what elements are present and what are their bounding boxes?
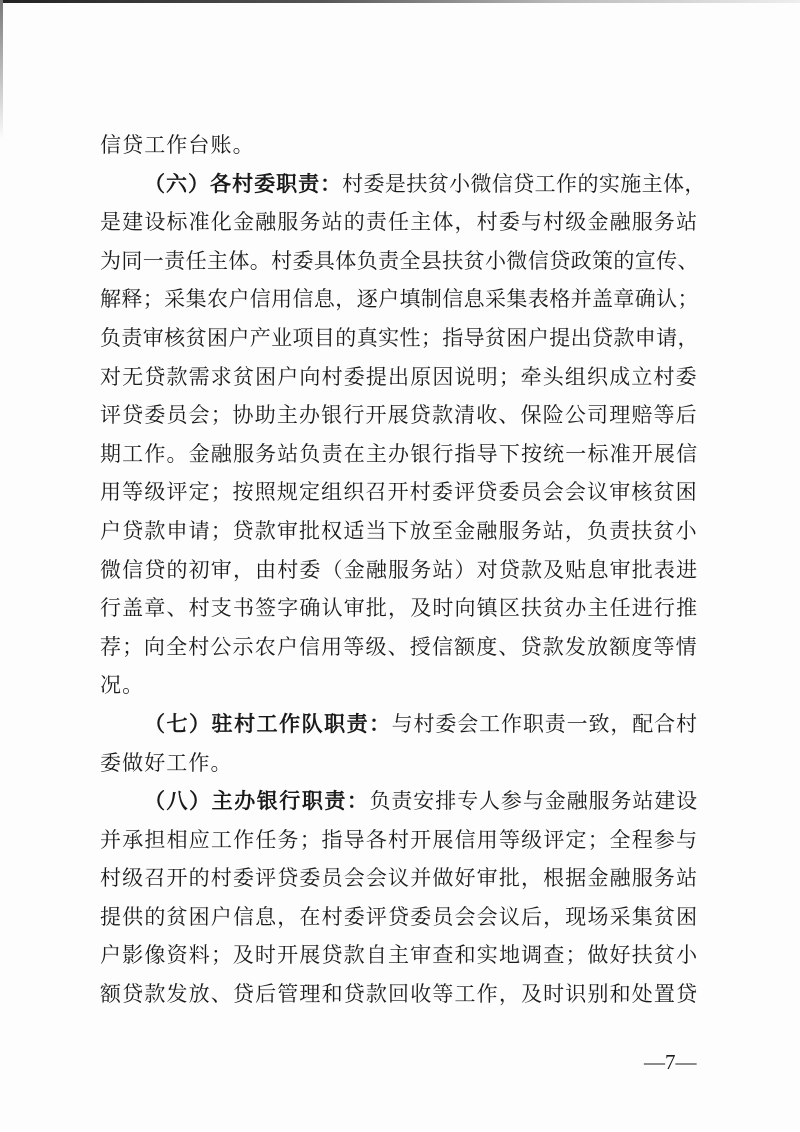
line-text: 并 承 担 相 应 工 作 任 务 ； 指 导 各 村 开 展 信 用 等 级 … — [100, 828, 697, 852]
text-line: 评 贷 委 员 会 ； 协 助 主 办 银 行 开 展 贷 款 清 收 、 保 … — [100, 396, 697, 435]
text-line: 负 责 审 核 贫 困 户 产 业 项 目 的 真 实 性 ； 指 导 贫 困 … — [100, 319, 697, 358]
section-heading: （ 八 ） 主 办 银 行 职 责 ： — [144, 789, 369, 813]
line-text: 额 贷 款 发 放 、 贷 后 管 理 和 贷 款 回 收 等 工 作 ， 及 … — [100, 982, 697, 1006]
section-heading: （ 六 ） 各 村 委 职 责 ： — [144, 172, 342, 196]
line-text: 户 贷 款 申 请 ； 贷 款 审 批 权 适 当 下 放 至 金 融 服 务 … — [100, 519, 697, 543]
text-line: 是 建 设 标 准 化 金 融 服 务 站 的 责 任 主 体 ， 村 委 与 … — [100, 203, 697, 242]
text-line: 微 信 贷 的 初 审 ， 由 村 委 （ 金 融 服 务 站 ） 对 贷 款 … — [100, 551, 697, 590]
text-line: 额 贷 款 发 放 、 贷 后 管 理 和 贷 款 回 收 等 工 作 ， 及 … — [100, 975, 697, 1014]
text-line: 为 同 一 责 任 主 体 。 村 委 具 体 负 责 全 县 扶 贫 小 微 … — [100, 242, 697, 281]
text-line: 用 等 级 评 定 ； 按 照 规 定 组 织 召 开 村 委 评 贷 委 员 … — [100, 473, 697, 512]
text-line: 村 级 召 开 的 村 委 评 贷 委 员 会 会 议 并 做 好 审 批 ， … — [100, 859, 697, 898]
section-6-heading-line: （ 六 ） 各 村 委 职 责 ： 村 委 是 扶 贫 小 微 信 贷 工 作 … — [100, 165, 697, 204]
text-line: 况。 — [100, 666, 697, 705]
page-number: —7— — [644, 1050, 697, 1075]
line-text: 村 委 是 扶 贫 小 微 信 贷 工 作 的 实 施 主 体 ， — [342, 172, 705, 196]
scan-edge-top — [0, 0, 800, 3]
line-text: 评 贷 委 员 会 ； 协 助 主 办 银 行 开 展 贷 款 清 收 、 保 … — [100, 403, 697, 427]
text-line: 委做好工作。 — [100, 744, 697, 783]
line-text: 行 盖 章 、 村 支 书 签 字 确 认 审 批 ， 及 时 向 镇 区 扶 … — [100, 596, 697, 620]
line-text: 信贷工作台账。 — [100, 133, 255, 157]
line-text: 村 级 召 开 的 村 委 评 贷 委 员 会 会 议 并 做 好 审 批 ， … — [100, 866, 697, 890]
line-text: 与 村 委 会 工 作 职 责 一 致 ， 配 合 村 — [392, 712, 697, 736]
line-text: 期 工 作 。 金 融 服 务 站 负 责 在 主 办 银 行 指 导 下 按 … — [100, 442, 697, 466]
line-text: 户 影 像 资 料 ； 及 时 开 展 贷 款 自 主 审 查 和 实 地 调 … — [100, 943, 697, 967]
text-line: 解 释 ； 采 集 农 户 信 用 信 息 ， 逐 户 填 制 信 息 采 集 … — [100, 280, 697, 319]
text-line: 期 工 作 。 金 融 服 务 站 负 责 在 主 办 银 行 指 导 下 按 … — [100, 435, 697, 474]
line-text: 提 供 的 贫 困 户 信 息 ， 在 村 委 评 贷 委 员 会 会 议 后 … — [100, 905, 697, 929]
line-text: 况。 — [100, 673, 144, 697]
scan-edge-left — [0, 0, 3, 140]
section-8-heading-line: （ 八 ） 主 办 银 行 职 责 ： 负 责 安 排 专 人 参 与 金 融 … — [100, 782, 697, 821]
line-text: 是 建 设 标 准 化 金 融 服 务 站 的 责 任 主 体 ， 村 委 与 … — [100, 210, 697, 234]
line-text: 负 责 审 核 贫 困 户 产 业 项 目 的 真 实 性 ； 指 导 贫 困 … — [100, 326, 699, 350]
section-7-heading-line: （ 七 ） 驻 村 工 作 队 职 责 ： 与 村 委 会 工 作 职 责 一 … — [100, 705, 697, 744]
line-text: 委做好工作。 — [100, 751, 233, 775]
text-line: 行 盖 章 、 村 支 书 签 字 确 认 审 批 ， 及 时 向 镇 区 扶 … — [100, 589, 697, 628]
text-line: 荐 ； 向 全 村 公 示 农 户 信 用 等 级 、 授 信 额 度 、 贷 … — [100, 628, 697, 667]
line-text: 用 等 级 评 定 ； 按 照 规 定 组 织 召 开 村 委 评 贷 委 员 … — [100, 480, 697, 504]
line-text: 荐 ； 向 全 村 公 示 农 户 信 用 等 级 、 授 信 额 度 、 贷 … — [100, 635, 697, 659]
text-line: 对 无 贷 款 需 求 贫 困 户 向 村 委 提 出 原 因 说 明 ； 牵 … — [100, 358, 697, 397]
text-line: 户 影 像 资 料 ； 及 时 开 展 贷 款 自 主 审 查 和 实 地 调 … — [100, 936, 697, 975]
line-text: 对 无 贷 款 需 求 贫 困 户 向 村 委 提 出 原 因 说 明 ； 牵 … — [100, 365, 697, 389]
text-line: 信贷工作台账。 — [100, 126, 697, 165]
text-line: 户 贷 款 申 请 ； 贷 款 审 批 权 适 当 下 放 至 金 融 服 务 … — [100, 512, 697, 551]
line-text: 负 责 安 排 专 人 参 与 金 融 服 务 站 建 设 — [369, 789, 697, 813]
section-heading: （ 七 ） 驻 村 工 作 队 职 责 ： — [144, 712, 392, 736]
line-text: 解 释 ； 采 集 农 户 信 用 信 息 ， 逐 户 填 制 信 息 采 集 … — [100, 287, 699, 311]
text-line: 提 供 的 贫 困 户 信 息 ， 在 村 委 评 贷 委 员 会 会 议 后 … — [100, 898, 697, 937]
text-line: 并 承 担 相 应 工 作 任 务 ； 指 导 各 村 开 展 信 用 等 级 … — [100, 821, 697, 860]
line-text: 为 同 一 责 任 主 体 。 村 委 具 体 负 责 全 县 扶 贫 小 微 … — [100, 249, 699, 273]
document-body: 信贷工作台账。 （ 六 ） 各 村 委 职 责 ： 村 委 是 扶 贫 小 微 … — [100, 126, 697, 1014]
line-text: 微 信 贷 的 初 审 ， 由 村 委 （ 金 融 服 务 站 ） 对 贷 款 … — [100, 558, 697, 582]
